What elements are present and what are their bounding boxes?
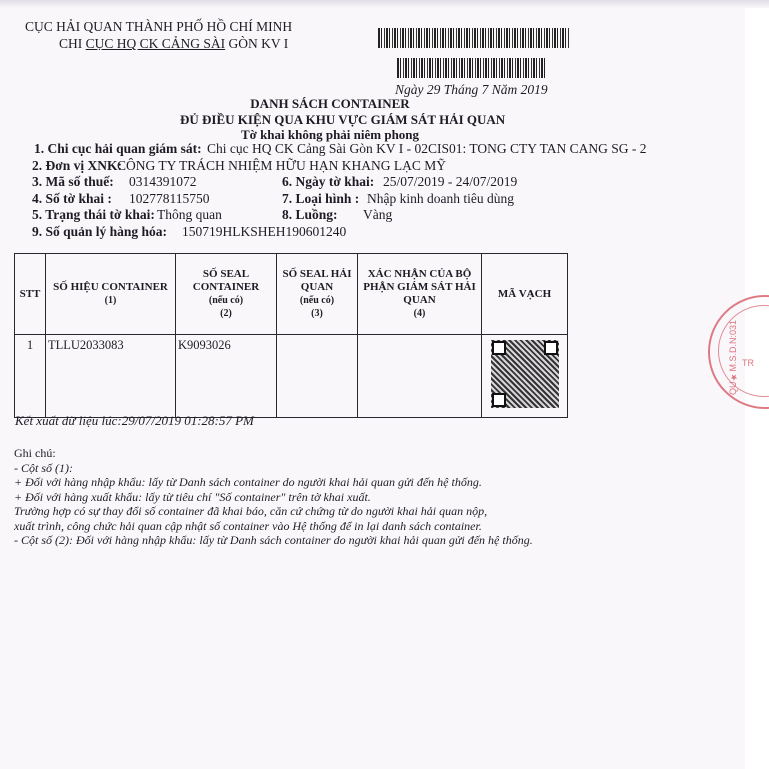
column-header-text: (4) bbox=[358, 307, 481, 320]
cell-seal-container: K9093026 bbox=[176, 335, 277, 418]
note-line: - Cột số (1): bbox=[14, 461, 533, 476]
col-stt: STT bbox=[15, 254, 46, 335]
col-confirmation: XÁC NHẬN CỦA BỘPHẬN GIÁM SÁT HẢIQUAN(4) bbox=[358, 254, 482, 335]
column-header-text: XÁC NHẬN CỦA BỘ bbox=[358, 268, 481, 281]
note-line: Trường hợp có sự thay đổi số container đ… bbox=[14, 504, 533, 519]
column-header-text: (nếu có) bbox=[176, 294, 276, 307]
barcode-icon bbox=[378, 28, 570, 48]
column-header-text: (nếu có) bbox=[277, 294, 357, 307]
column-header-text: (1) bbox=[46, 294, 175, 307]
column-header-text: CONTAINER bbox=[176, 281, 276, 294]
note-line: xuất trình, công chức hải quan cập nhật … bbox=[14, 519, 533, 534]
note-line: - Cột số (2): Đối với hàng nhập khẩu: lấ… bbox=[14, 533, 533, 548]
col-seal-customs: SỐ SEAL HẢIQUAN(nếu có)(3) bbox=[277, 254, 358, 335]
column-header-text: SỐ SEAL HẢI bbox=[277, 268, 357, 281]
note-line: + Đối với hàng xuất khẩu: lấy từ tiêu ch… bbox=[14, 490, 533, 505]
col-barcode: MÃ VẠCH bbox=[482, 254, 568, 335]
export-timestamp: Kết xuất dữ liệu lúc:29/07/2019 01:28:57… bbox=[15, 413, 254, 429]
container-table: STT SỐ HIỆU CONTAINER(1) SỐ SEALCONTAINE… bbox=[14, 253, 568, 418]
qr-code-icon bbox=[491, 340, 559, 408]
document-title: DANH SÁCH CONTAINER ĐỦ ĐIỀU KIỆN QUA KHU… bbox=[180, 96, 480, 143]
cell-confirmation bbox=[358, 335, 482, 418]
column-header-text: MÃ VẠCH bbox=[482, 288, 567, 301]
column-header-text: QUAN bbox=[277, 281, 357, 294]
table-row: 1 TLLU2033083 K9093026 bbox=[15, 335, 568, 418]
barcode-icon bbox=[397, 58, 547, 78]
column-header-text: SỐ SEAL bbox=[176, 268, 276, 281]
column-header-text: (2) bbox=[176, 307, 276, 320]
column-header-text: (3) bbox=[277, 307, 357, 320]
column-header-text: STT bbox=[15, 288, 45, 301]
table-header-row: STT SỐ HIỆU CONTAINER(1) SỐ SEALCONTAINE… bbox=[15, 254, 568, 335]
notes-title: Ghi chú: bbox=[14, 446, 533, 461]
stamp-inner-text: TR bbox=[742, 358, 754, 368]
cell-barcode bbox=[482, 335, 568, 418]
column-header-text: SỐ HIỆU CONTAINER bbox=[46, 281, 175, 294]
sub-agency-name: CHI CỤC HQ CK CẢNG SÀI GÒN KV I bbox=[25, 35, 292, 52]
cell-stt: 1 bbox=[15, 335, 46, 418]
stamp-text: QU★M.S.D.N:031 bbox=[728, 320, 738, 395]
col-seal-container: SỐ SEALCONTAINER(nếu có)(2) bbox=[176, 254, 277, 335]
column-header-text: QUAN bbox=[358, 294, 481, 307]
notes-section: Ghi chú: - Cột số (1): + Đối với hàng nh… bbox=[14, 446, 533, 548]
scan-shadow bbox=[0, 0, 769, 8]
agency-header: CỤC HẢI QUAN THÀNH PHỐ HỒ CHÍ MINH CHI C… bbox=[25, 18, 292, 52]
cell-seal-customs bbox=[277, 335, 358, 418]
note-line: + Đối với hàng nhập khẩu: lấy từ Danh sá… bbox=[14, 475, 533, 490]
agency-name: CỤC HẢI QUAN THÀNH PHỐ HỒ CHÍ MINH bbox=[25, 18, 292, 35]
column-header-text: PHẬN GIÁM SÁT HẢI bbox=[358, 281, 481, 294]
cell-container-no: TLLU2033083 bbox=[46, 335, 176, 418]
col-container-no: SỐ HIỆU CONTAINER(1) bbox=[46, 254, 176, 335]
